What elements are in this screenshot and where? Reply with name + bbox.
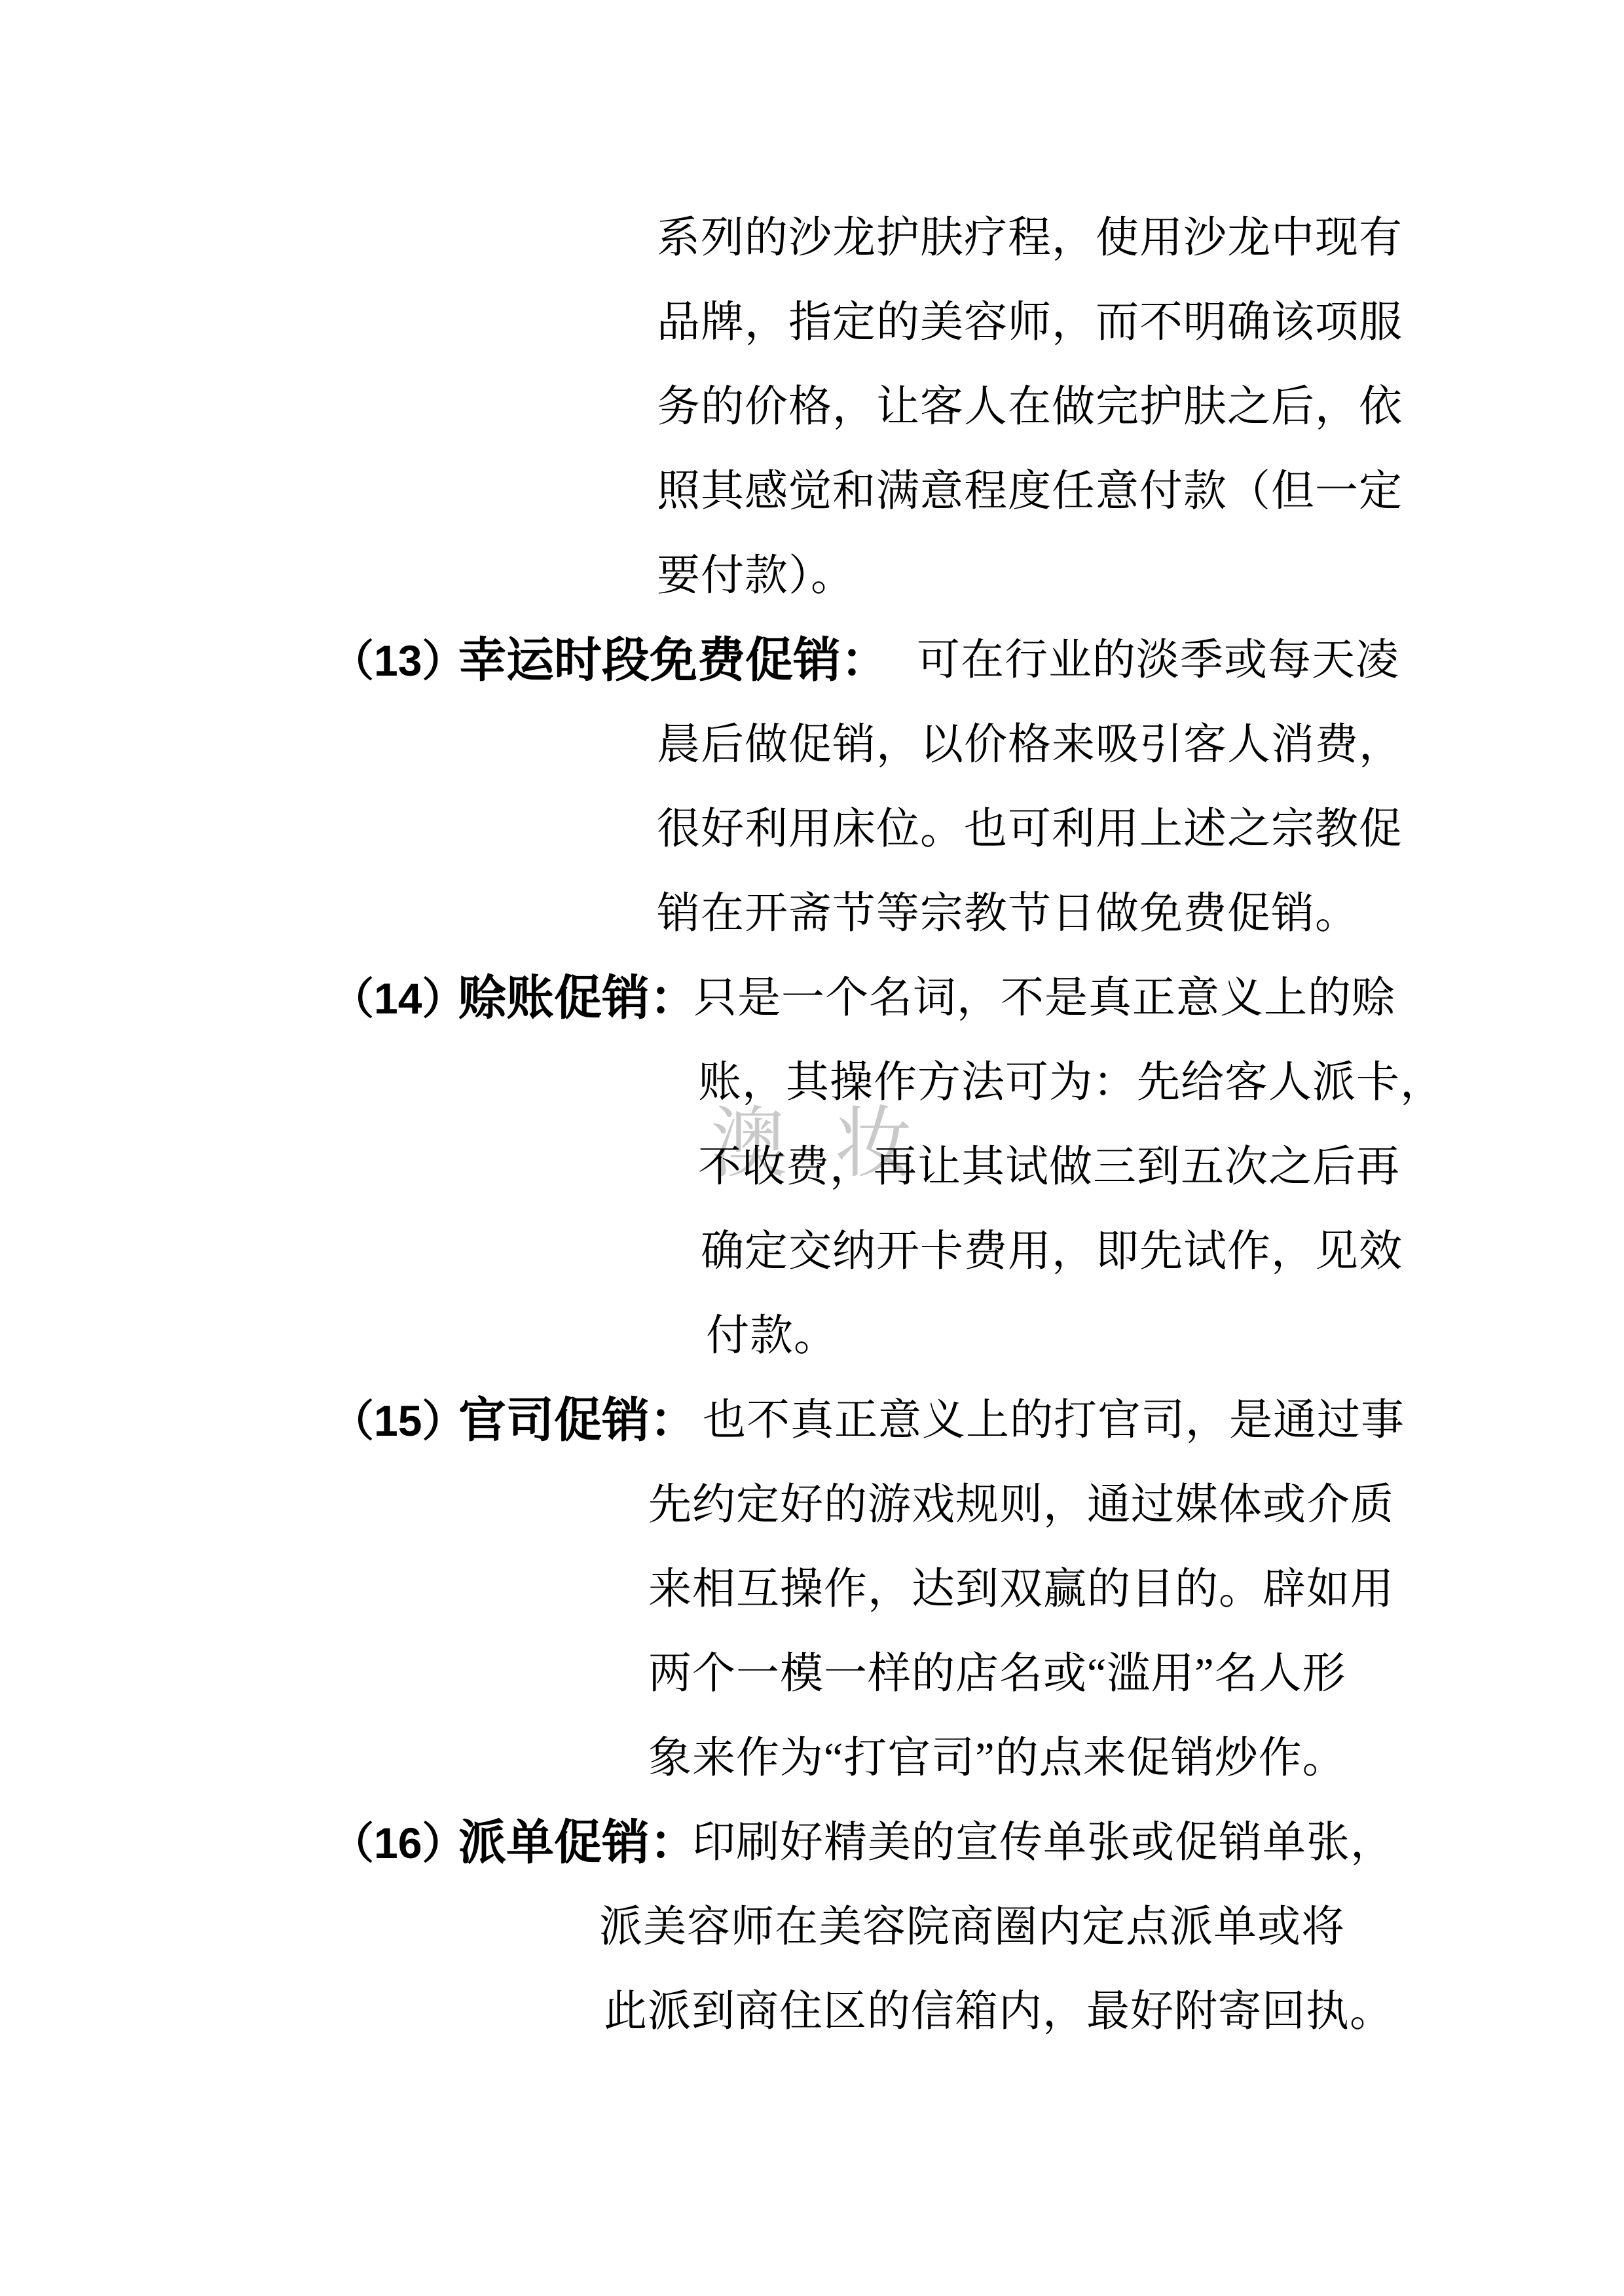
line-text: 照其感觉和满意程度任意付款（但一定 [657,467,1403,517]
line-text: 可在行业的淡季或每天凌 [917,636,1399,685]
line-text: 很好利用床位。也可利用上述之宗教促 [657,805,1403,854]
line-text: 要付款）。 [657,551,855,601]
text-line: 派美容师在美容院商圈内定点派单或将 [0,1903,1624,1961]
line-text: 派美容师在美容院商圈内定点派单或将 [599,1903,1345,1952]
line-text: 此派到商住区的信箱内，最好附寄回执。 [604,1987,1393,2037]
text-line: 象来作为“打官司”的点来促销炒作。 [0,1734,1624,1793]
line-text: 先约定好的游戏规则，通过媒体或介质 [648,1480,1394,1530]
line-text: 来相互操作，达到双赢的目的。辟如用 [648,1565,1394,1614]
item-title: 幸运时段免费促销： [458,636,889,685]
line-text: 付款。 [706,1311,838,1361]
document-page: 澳妆 系列的沙龙护肤疗程，使用沙龙中现有 品牌，指定的美容师，而不明确该项服 务… [0,0,1624,2296]
text-line: 来相互操作，达到双赢的目的。辟如用 [0,1565,1624,1624]
text-line: 先约定好的游戏规则，通过媒体或介质 [0,1480,1624,1539]
item-number: （13） [331,636,465,685]
line-text: 务的价格，让客人在做完护肤之后，依 [657,382,1403,432]
item-title: 派单促销： [458,1818,697,1868]
text-line: 系列的沙龙护肤疗程，使用沙龙中现有 [0,213,1624,272]
list-item-heading-line: （13） 幸运时段免费促销： 可在行业的淡季或每天凌 [0,636,1624,695]
line-text: 只是一个名词，不是真正意义上的赊 [693,974,1395,1023]
text-line: 确定交纳开卡费用，即先试作，见效 [0,1227,1624,1286]
list-item-heading-line: （15） 官司促销： 也不真正意义上的打官司，是通过事 [0,1396,1624,1455]
text-line: 两个一模一样的店名或“滥用”名人形 [0,1649,1624,1708]
text-line: 付款。 [0,1311,1624,1370]
item-number: （15） [331,1396,465,1446]
item-title: 赊账促销： [458,974,697,1023]
item-number: （14） [331,974,465,1023]
line-text: 象来作为“打官司”的点来促销炒作。 [648,1734,1346,1783]
text-line: 销在开斋节等宗教节日做免费促销。 [0,889,1624,948]
line-text: 也不真正意义上的打官司，是通过事 [703,1396,1405,1446]
item-number: （16） [331,1818,465,1868]
list-item-heading-line: （16） 派单促销： 印刷好精美的宣传单张或促销单张， [0,1818,1624,1877]
text-line: 品牌，指定的美容师，而不明确该项服 [0,298,1624,357]
item-title: 官司促销： [458,1396,697,1446]
line-text: 账，其操作方法可为：先给客人派卡， [698,1058,1444,1108]
line-text: 晨后做促销，以价格来吸引客人消费， [657,720,1403,770]
line-text: 品牌，指定的美容师，而不明确该项服 [657,298,1403,348]
line-text: 印刷好精美的宣传单张或促销单张， [692,1818,1394,1868]
text-line: 务的价格，让客人在做完护肤之后，依 [0,382,1624,441]
list-item-heading-line: （14） 赊账促销： 只是一个名词，不是真正意义上的赊 [0,974,1624,1032]
text-line: 晨后做促销，以价格来吸引客人消费， [0,720,1624,779]
text-line: 很好利用床位。也可利用上述之宗教促 [0,805,1624,864]
line-text: 销在开斋节等宗教节日做免费促销。 [657,889,1359,939]
line-text: 确定交纳开卡费用，即先试作，见效 [701,1227,1403,1277]
line-text: 系列的沙龙护肤疗程，使用沙龙中现有 [657,213,1403,263]
text-line: 账，其操作方法可为：先给客人派卡， [0,1058,1624,1117]
line-text: 两个一模一样的店名或“滥用”名人形 [648,1649,1346,1699]
line-text: 不收费，再让其试做三到五次之后再 [698,1142,1400,1192]
text-line: 要付款）。 [0,551,1624,610]
text-line: 不收费，再让其试做三到五次之后再 [0,1142,1624,1201]
text-line: 此派到商住区的信箱内，最好附寄回执。 [0,1987,1624,2046]
text-line: 照其感觉和满意程度任意付款（但一定 [0,467,1624,526]
